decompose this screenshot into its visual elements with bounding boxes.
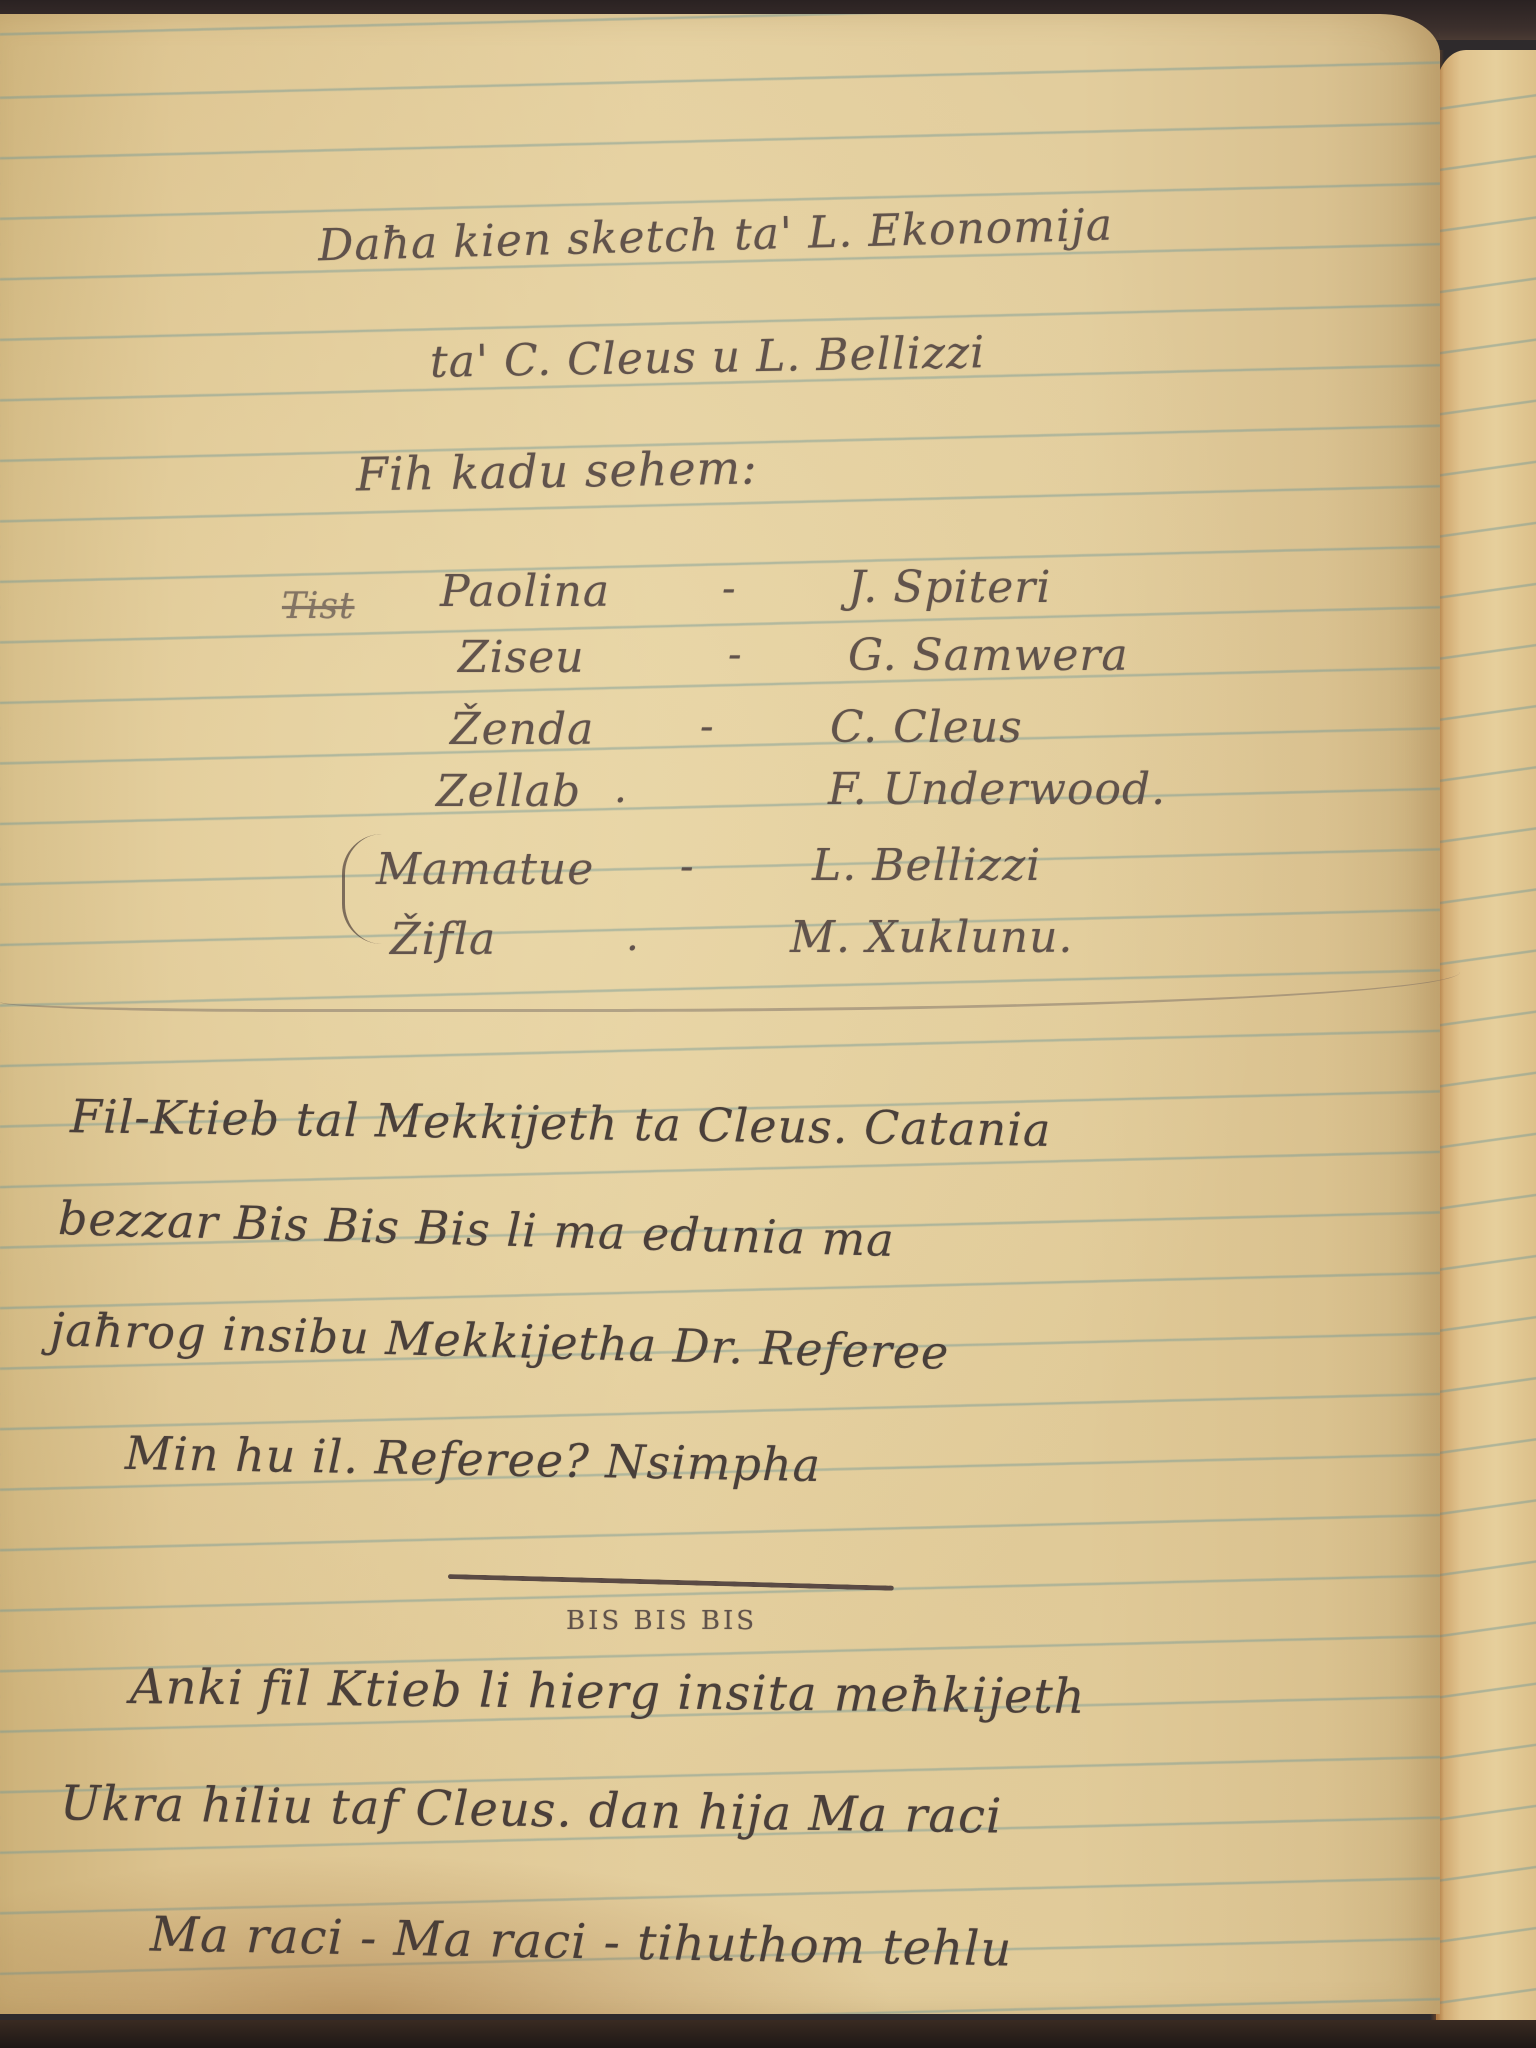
cast-actor: F. Underwood.	[828, 764, 1166, 815]
note-line-5: Anki fil Ktieb li hierg insita meħkijeth	[130, 1659, 1086, 1725]
note-line-1: Fil-Ktieb tal Mekkijeth ta Cleus. Catani…	[70, 1089, 1052, 1157]
cast-actor: J. Spiteri	[848, 562, 1051, 613]
facing-page-ruled-lines	[1436, 50, 1536, 2048]
note-line-7: Ma raci - Ma raci - tihuthom tehlu	[150, 1906, 1013, 1977]
note-line-3: jaħrog insibu Mekkijetha Dr. Referee	[49, 1302, 950, 1380]
cast-role: Zellab	[436, 766, 581, 817]
bracket-mark	[342, 834, 385, 944]
notebook-photo: Daħa kien sketch ta' L. Ekonomija ta' C.…	[0, 0, 1536, 2048]
cast-actor: C. Cleus	[830, 702, 1023, 753]
cast-actor: M. Xuklunu.	[790, 912, 1073, 963]
background-bottom-edge	[0, 2020, 1536, 2048]
cast-dash: .	[614, 766, 628, 812]
cast-dash: -	[680, 844, 695, 890]
cast-dash: -	[722, 566, 737, 612]
note-line-6: Ukra hiliu taf Cleus. dan hija Ma raci	[60, 1775, 1003, 1844]
cast-dash: .	[626, 914, 640, 960]
heading-line-2: ta' C. Cleus u L. Bellizzi	[430, 327, 986, 388]
cast-role: Mamatue	[376, 844, 594, 895]
cast-role: Paolina	[440, 566, 610, 617]
cast-intro: Fih kadu sehem:	[356, 440, 759, 501]
cast-dash: -	[728, 632, 743, 678]
cast-role: Ziseu	[458, 632, 585, 683]
note-line-4: Min hu il. Referee? Nsimpha	[125, 1426, 822, 1492]
cast-dash: -	[700, 704, 715, 750]
cast-role: Ženda	[450, 704, 594, 755]
cast-actor: L. Bellizzi	[812, 840, 1041, 891]
struck-out-word: Tist	[282, 586, 354, 627]
notebook-page: Daħa kien sketch ta' L. Ekonomija ta' C.…	[0, 14, 1440, 2014]
cast-role: Žifla	[390, 914, 496, 965]
facing-page-edge	[1436, 50, 1536, 2048]
hand-drawn-rule	[448, 1574, 894, 1591]
heading-line-1: Daħa kien sketch ta' L. Ekonomija	[317, 200, 1113, 272]
section-divider-line	[0, 969, 1460, 1012]
rule-caption: BIS BIS BIS	[566, 1606, 757, 1636]
note-line-2: bezzar Bis Bis Bis li ma edunia ma	[57, 1191, 895, 1267]
cast-actor: G. Samwera	[848, 630, 1129, 681]
